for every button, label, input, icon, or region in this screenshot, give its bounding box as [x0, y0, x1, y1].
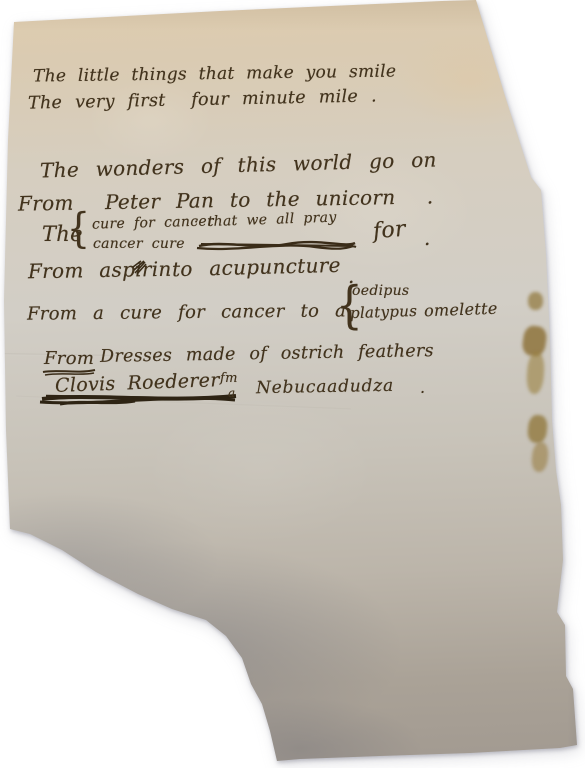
lyric-line-7-main: From a cure for cancer to a	[27, 300, 346, 324]
stain	[521, 325, 548, 358]
lyric-line-7-after: omelette	[424, 299, 498, 321]
lyric-line-8-rest: Dresses made of ostrich feathers	[100, 341, 434, 367]
stain	[528, 292, 543, 310]
stain	[526, 351, 546, 394]
stain	[530, 441, 549, 473]
lyric-line-6-after: to acupuncture	[172, 253, 341, 281]
lyric-line-1: The little things that make you smile	[33, 61, 397, 86]
lyric-line-7-option-bottom: platypus	[350, 302, 418, 322]
lyric-line-5-period: .	[424, 226, 431, 250]
stain	[527, 414, 549, 444]
lyric-line-9-insertion-bottom: a	[228, 386, 235, 400]
lyric-line-9-rest: Nebucaadudza	[256, 376, 394, 398]
paper-shadow-wrapper: The little things that make you smile Th…	[0, 0, 585, 768]
lyric-line-7-option-top: oedipus	[352, 283, 409, 299]
torn-paper: The little things that make you smile Th…	[0, 0, 585, 768]
heavy-scribble-strike	[40, 390, 238, 406]
lyric-line-6-before: From aspirin	[28, 257, 172, 284]
lyric-line-3: The wonders of this world go on	[40, 147, 437, 182]
scribble-on-word-end	[133, 261, 147, 275]
lyric-line-5-annotation: · that we all pray	[194, 210, 337, 231]
scribbled-out-words	[197, 238, 357, 252]
lyric-line-5-after: for	[372, 217, 407, 245]
photo-of-handwritten-note: The little things that make you smile Th…	[0, 0, 585, 768]
lyric-line-9-insertion-top: fm	[220, 371, 238, 386]
lyric-line-9-period: .	[420, 378, 425, 397]
alternatives-brace: {	[67, 206, 90, 253]
lyric-line-8-underlined-word: From	[44, 348, 94, 369]
lyric-line-5-option-bottom: cancer cure	[93, 236, 185, 252]
lyric-line-2: The very first four minute mile .	[28, 86, 377, 113]
